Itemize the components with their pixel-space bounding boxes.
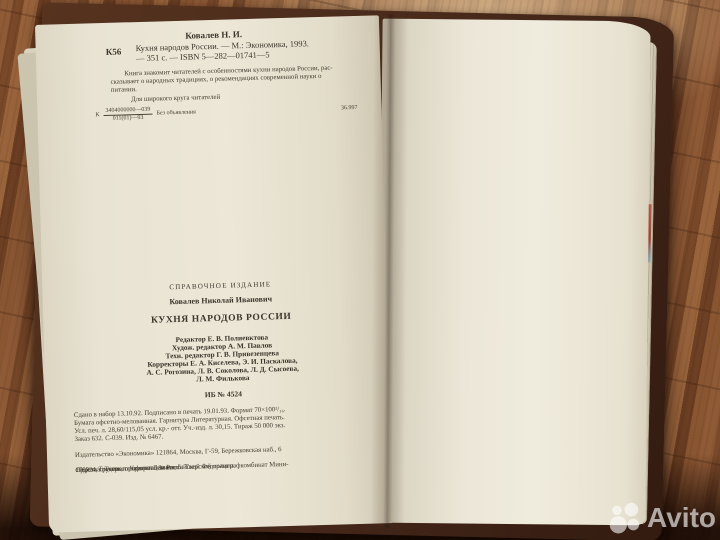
edition-type: СПРАВОЧНОЕ ИЗДАНИЕ — [70, 278, 370, 294]
open-book: Ковалев Н. И. К56 Кухня народов России. … — [30, 8, 678, 532]
catalog-author: Ковалев Н. И. — [185, 29, 242, 41]
catalog-bibliography: Кухня народов России. — М.: Экономика, 1… — [136, 37, 362, 63]
printer-line: 170024, г. Тверь, проспект Ленина, 5. — [75, 464, 182, 475]
ib-number: ИБ № 4524 — [73, 386, 373, 403]
code-denominator: 011(01)—93 — [104, 114, 153, 122]
publisher-address: Издательство «Экономика» 121864, Москва,… — [75, 444, 375, 459]
imprint-left-page: Ковалев Н. И. К56 Кухня народов России. … — [35, 15, 393, 532]
book-title: КУХНЯ НАРОДОВ РОССИИ — [71, 310, 371, 328]
avito-watermark: Avito — [608, 502, 716, 534]
colophon-block: СПРАВОЧНОЕ ИЗДАНИЕ Ковалев Николай Ивано… — [70, 278, 375, 467]
code-prefix: К — [95, 112, 99, 118]
printer-block: Ордена Трудового Красного Знамени Тверск… — [75, 459, 375, 467]
avito-logo-icon — [608, 502, 642, 534]
code-fraction: 3404000000—039 011(01)—93 — [103, 107, 152, 122]
avito-watermark-label: Avito — [647, 502, 716, 534]
bbk-code: 36.997 — [341, 105, 358, 111]
code-note: Без объявления — [156, 109, 196, 116]
author-full-name: Ковалев Николай Иванович — [71, 292, 371, 309]
catalog-index-code: К56 — [106, 47, 122, 57]
blank-right-page — [377, 19, 650, 526]
